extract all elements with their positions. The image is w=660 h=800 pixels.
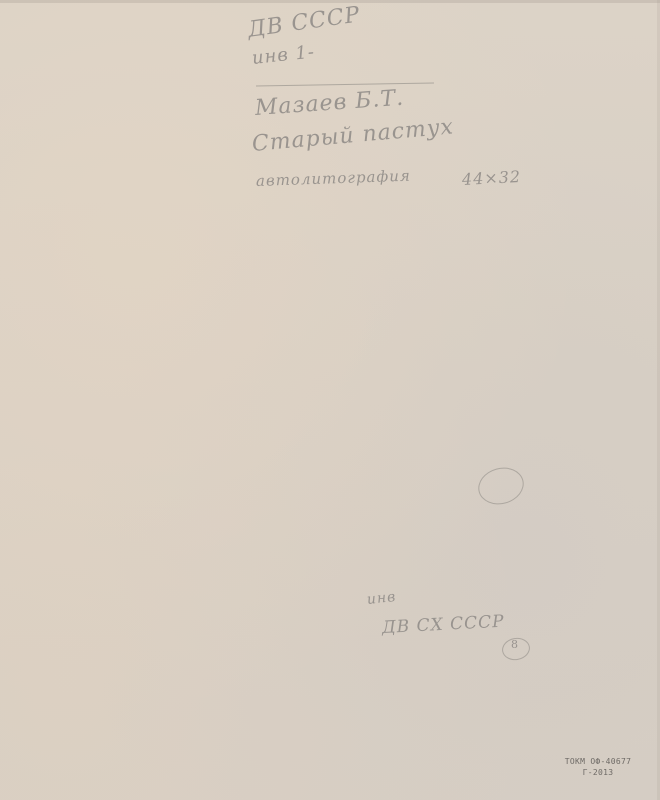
inscription-technique: автолитография: [256, 167, 411, 190]
inventory-year: Г-2013: [548, 767, 648, 778]
inscription-inv: инв: [366, 589, 397, 608]
inscription-dv-sh-sssr: ДВ СХ СССР: [381, 612, 505, 638]
sheet-top-edge: [0, 0, 660, 3]
circled-number: 8: [511, 638, 519, 651]
inscription-line2: инв 1-: [251, 41, 316, 68]
artwork-back-sheet: ДВ СССР инв 1- Мазаев Б.Т. Старый пастух…: [0, 0, 660, 800]
inscription-title: Старый пастух: [251, 114, 455, 157]
pencil-underline: [256, 82, 434, 86]
pencil-circle-mark: [474, 463, 528, 510]
inventory-stamp: ТОКМ ОФ-40677 Г-2013: [548, 756, 648, 778]
inscription-artist: Мазаев Б.Т.: [254, 86, 405, 121]
inscription-size: 44×32: [462, 167, 522, 189]
inventory-number: ТОКМ ОФ-40677: [548, 756, 648, 767]
inscription-line1: ДВ СССР: [246, 2, 362, 43]
